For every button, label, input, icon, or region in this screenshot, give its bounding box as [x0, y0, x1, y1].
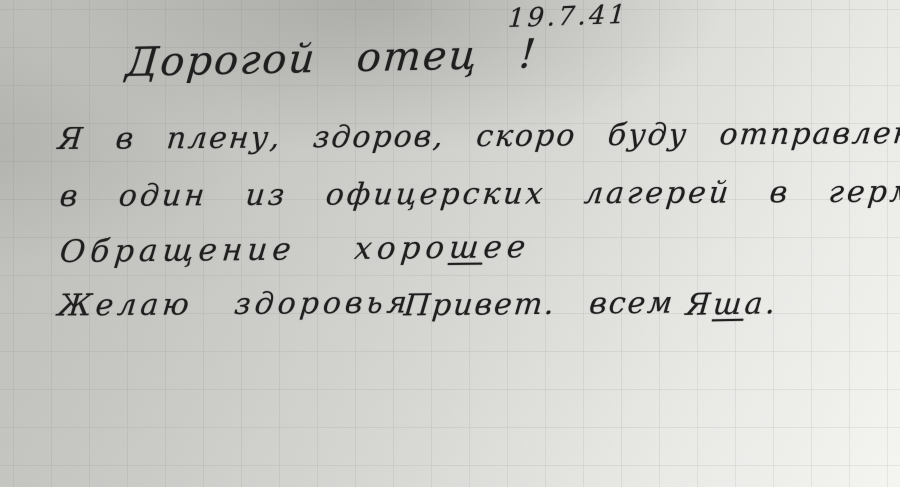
letter-date: 19.7.41 — [507, 0, 629, 34]
letter-line-officer-camp: в один из офицерских лагерей в германию — [58, 174, 900, 214]
treatment-underlined-letter: ш — [448, 230, 486, 266]
signature-end: а. — [743, 286, 779, 322]
letter-line-treatment: Обращение хорошее — [58, 229, 532, 270]
signature-yasha: Яша. — [684, 286, 779, 323]
signature-underlined-letter: ш — [712, 287, 746, 323]
letter-salutation: Дорогой отец ! — [124, 31, 539, 86]
farewell-health-wish: Желаю здоровья — [56, 285, 412, 323]
treatment-text-end: ее — [482, 229, 532, 266]
farewell-greeting: Привет. всем — [402, 286, 676, 324]
treatment-text-start: Обращение хоро — [58, 230, 451, 270]
letter-line-farewell: Желаю здоровья Привет. всем Яша. — [0, 287, 900, 331]
letter-line-captivity: Я в плену, здоров, скоро буду отправлен — [56, 116, 900, 157]
signature-start: Я — [684, 287, 714, 323]
handwritten-letter-photo: 19.7.41 Дорогой отец ! Я в плену, здоров… — [0, 0, 900, 487]
